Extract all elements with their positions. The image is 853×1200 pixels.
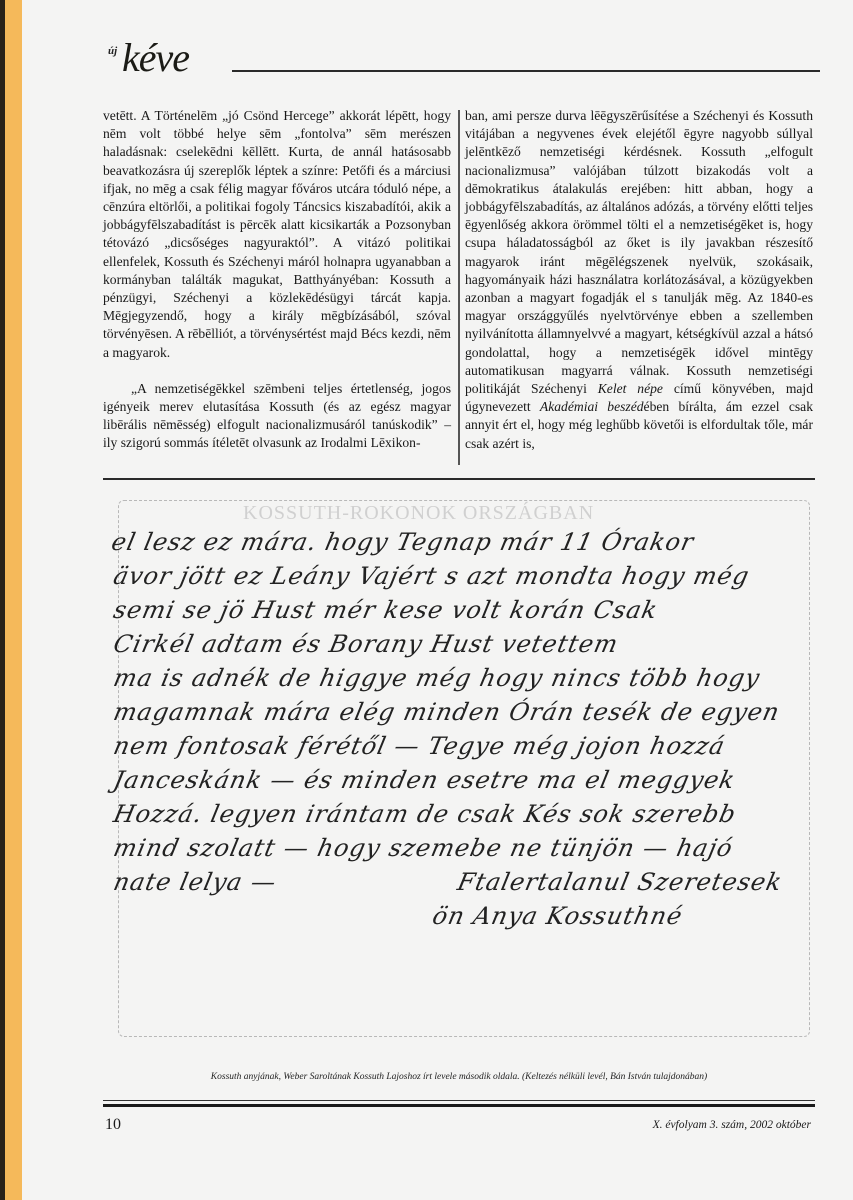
speech-title-akademiai-beszed: Akadémiai beszéd: [540, 399, 644, 414]
masthead: új kéve: [108, 44, 820, 84]
letter-line: nem fontosak férétől — Tegye még jojon h…: [111, 732, 728, 760]
right-text-a: ban, ami persze durva lēēgyszērűsítése a…: [465, 108, 813, 396]
letter-line: ävor jött ez Leány Vajért s azt mondta h…: [111, 562, 752, 590]
letter-line: magamnak mára elég minden Órán tesék de …: [111, 698, 783, 726]
column-divider: [458, 110, 460, 465]
letter-showthrough-heading: KOSSUTH-ROKONOK ORSZÁGBAN: [243, 502, 594, 525]
letter-closing: Ftalertalanul Szeretesek: [455, 868, 785, 896]
book-title-kelet-nepe: Kelet népe: [598, 381, 663, 396]
letter-signature: ön Anya Kossuthné: [430, 902, 685, 930]
left-paragraph-2: „A nemzetiségēkkel szēmbeni teljes értet…: [103, 380, 451, 453]
right-paragraph-1: ban, ami persze durva lēēgyszērűsítése a…: [465, 107, 813, 453]
figure-caption: Kossuth anyjának, Weber Saroltának Kossu…: [103, 1072, 815, 1082]
page-edge-orange-strip: [5, 0, 22, 1200]
letter-line: Hozzá. legyen irántam de csak Kés sok sz…: [111, 800, 739, 828]
letter-line: mind szolatt — hogy szemebe ne tünjön — …: [111, 834, 736, 862]
masthead-prefix: új: [108, 45, 117, 57]
footer-rule-thick: [103, 1104, 815, 1107]
handwritten-letter-image: KOSSUTH-ROKONOK ORSZÁGBAN el lesz ez már…: [108, 490, 813, 860]
left-paragraph-1: vetētt. A Történelēm „jó Csönd Hercege” …: [103, 107, 451, 362]
letter-line: Cirkél adtam és Borany Hust vetettem: [111, 630, 621, 658]
letter-line: nate lelya —: [111, 868, 279, 896]
issue-info: X. évfolyam 3. szám, 2002 október: [653, 1119, 811, 1131]
masthead-title: kéve: [122, 36, 189, 80]
article-column-right: ban, ami persze durva lēēgyszērűsítése a…: [465, 107, 813, 453]
page-number: 10: [105, 1116, 121, 1134]
letter-line: semi se jö Hust mér kese volt korán Csak: [111, 596, 660, 624]
masthead-rule: [232, 70, 820, 72]
letter-line: Janceskánk — és minden esetre ma el megg…: [111, 766, 738, 794]
section-separator-rule: [103, 478, 815, 480]
article-column-left: vetētt. A Történelēm „jó Csönd Hercege” …: [103, 107, 451, 453]
letter-line: el lesz ez mára. hogy Tegnap már 11 Órak…: [109, 528, 697, 556]
letter-line: ma is adnék de higgye még hogy nincs töb…: [111, 664, 763, 692]
footer-rule-thin: [103, 1100, 815, 1101]
